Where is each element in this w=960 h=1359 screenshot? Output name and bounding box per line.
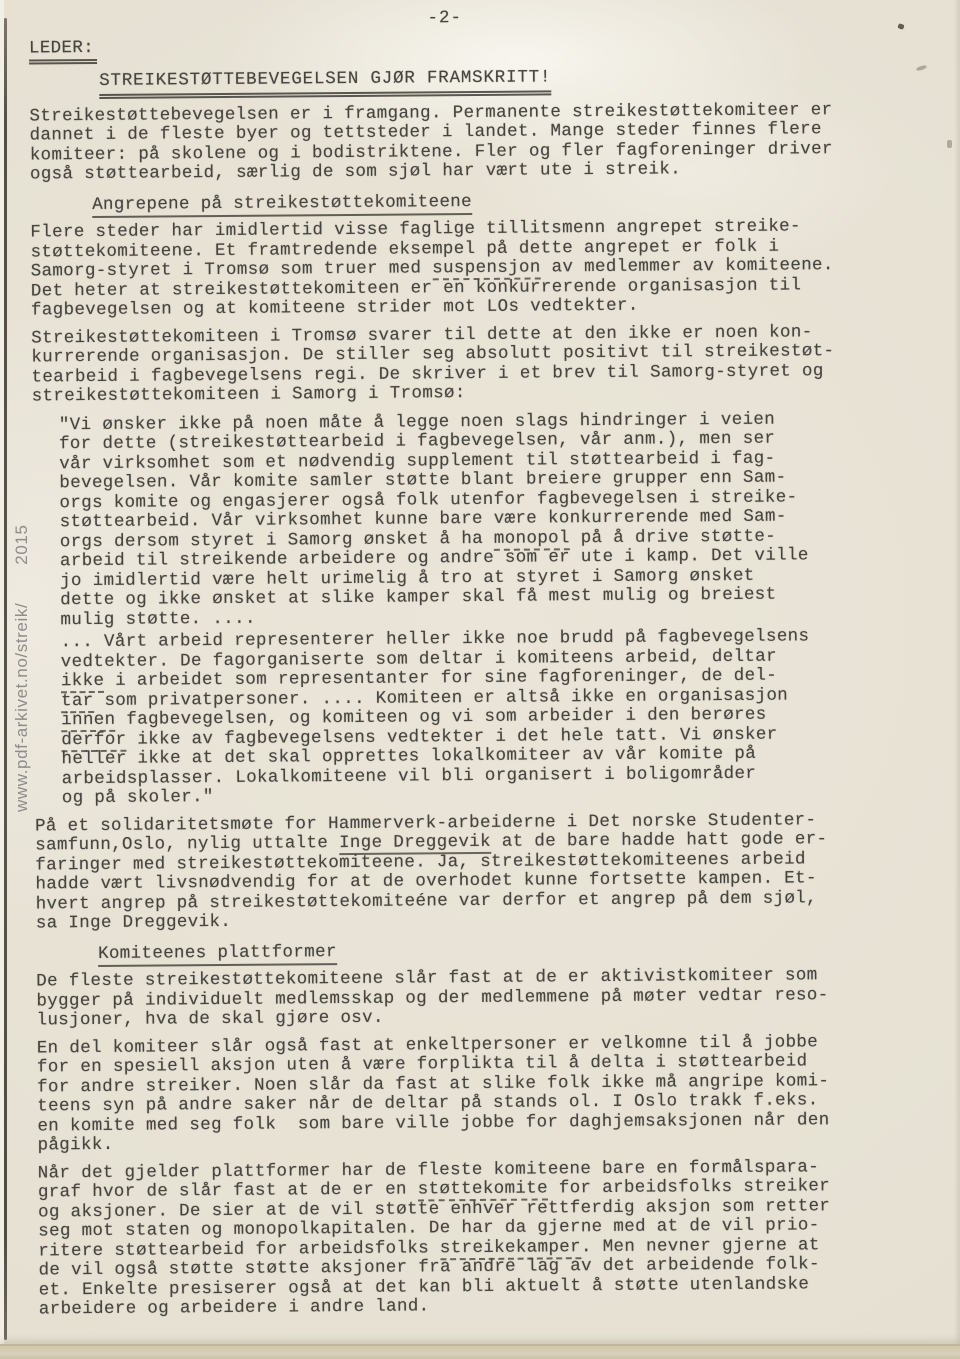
text-segment: sa Inge Dreggevik. [36,912,231,934]
page-number: -2- [29,6,861,32]
heading-text: Komiteenes plattformer [98,942,337,967]
paragraph: En del komiteer slår også fast at enkelt… [37,1032,930,1156]
text-line: arbeidere og arbeidere i andre land. [39,1293,931,1320]
scan-bottom-edge [0,1344,960,1359]
text-line: og på skoler." [62,782,927,808]
text-segment: mulig støtte. .... [60,608,255,630]
heading: Komiteenes plattformer [98,938,928,964]
text-segment: . Men nevner gjerne at [581,1235,820,1257]
text-segment: på å drive støtte- [570,526,776,548]
heading: Angrepene på streikestøttekomiteene [92,189,922,215]
text-line: også støttearbeid, særlig de som sjøl ha… [30,158,922,185]
kicker-row: LEDER: [29,32,921,65]
text-line: fagbevegelsen og at komiteene strider mo… [31,294,923,321]
paragraph: Streikestøttebevegelsen er i framgang. P… [29,100,922,185]
document-blocks: Streikestøttebevegelsen er i framgang. P… [29,100,930,1320]
text-segment: arbeidere og arbeidere i andre land. [39,1296,430,1319]
document-text: -2- LEDER: STREIKESTØTTEBEVEGELSEN GJØR … [29,5,931,1319]
text-segment: lusjoner, hva de skal gjøre osv. [36,1008,383,1031]
watermark: www.pdf-arkivet.no/streik/2015 [12,525,32,813]
text-segment: streikestøttekomiteen i Samorg i Tromsø: [32,383,466,406]
paragraph: Flere steder har imidlertid visse faglig… [30,216,923,321]
scanned-document-page: www.pdf-arkivet.no/streik/2015 -2- LEDER… [0,0,960,1359]
text-line: lusjoner, hva de skal gjøre osv. [37,1004,929,1031]
paragraph: Når det gjelder plattformer har de flest… [38,1157,931,1320]
quote: "Vi ønsker ikke på noen måte å legge noe… [59,409,926,630]
quote-cont: ... Vårt arbeid representerer heller ikk… [61,626,927,808]
text-segment: og på skoler." [62,787,214,808]
text-segment: også støttearbeid, særlig de som sjøl ha… [30,159,681,184]
section-kicker: LEDER: [29,38,97,64]
scan-edge-line [4,18,7,1340]
scan-speck [947,140,952,148]
article-title: STREIKESTØTTEBEVEGELSEN GJØR FRAMSKRITT! [99,68,551,98]
page-right-edge [954,0,960,1359]
heading-text: Angrepene på streikestøttekomiteene [92,192,472,218]
title-row: STREIKESTØTTEBEVEGELSEN GJØR FRAMSKRITT! [99,65,921,98]
paragraph: Streikestøttekomiteen i Tromsø svarer ti… [31,322,924,407]
text-line: streikestøttekomiteen i Samorg i Tromsø: [32,380,924,407]
watermark-url: www.pdf-arkivet.no/streik/ [12,603,31,812]
text-segment: fagbevegelsen og at komiteene strider mo… [31,296,639,321]
paragraph: De fleste streikestøttekomiteene slår fa… [36,965,928,1031]
text-line: sa Inge Dreggevik. [36,907,928,934]
watermark-year: 2015 [12,525,31,565]
paragraph: På et solidaritetsmøte for Hammerverk-ar… [35,810,928,934]
text-segment: pågikk. [37,1135,113,1156]
